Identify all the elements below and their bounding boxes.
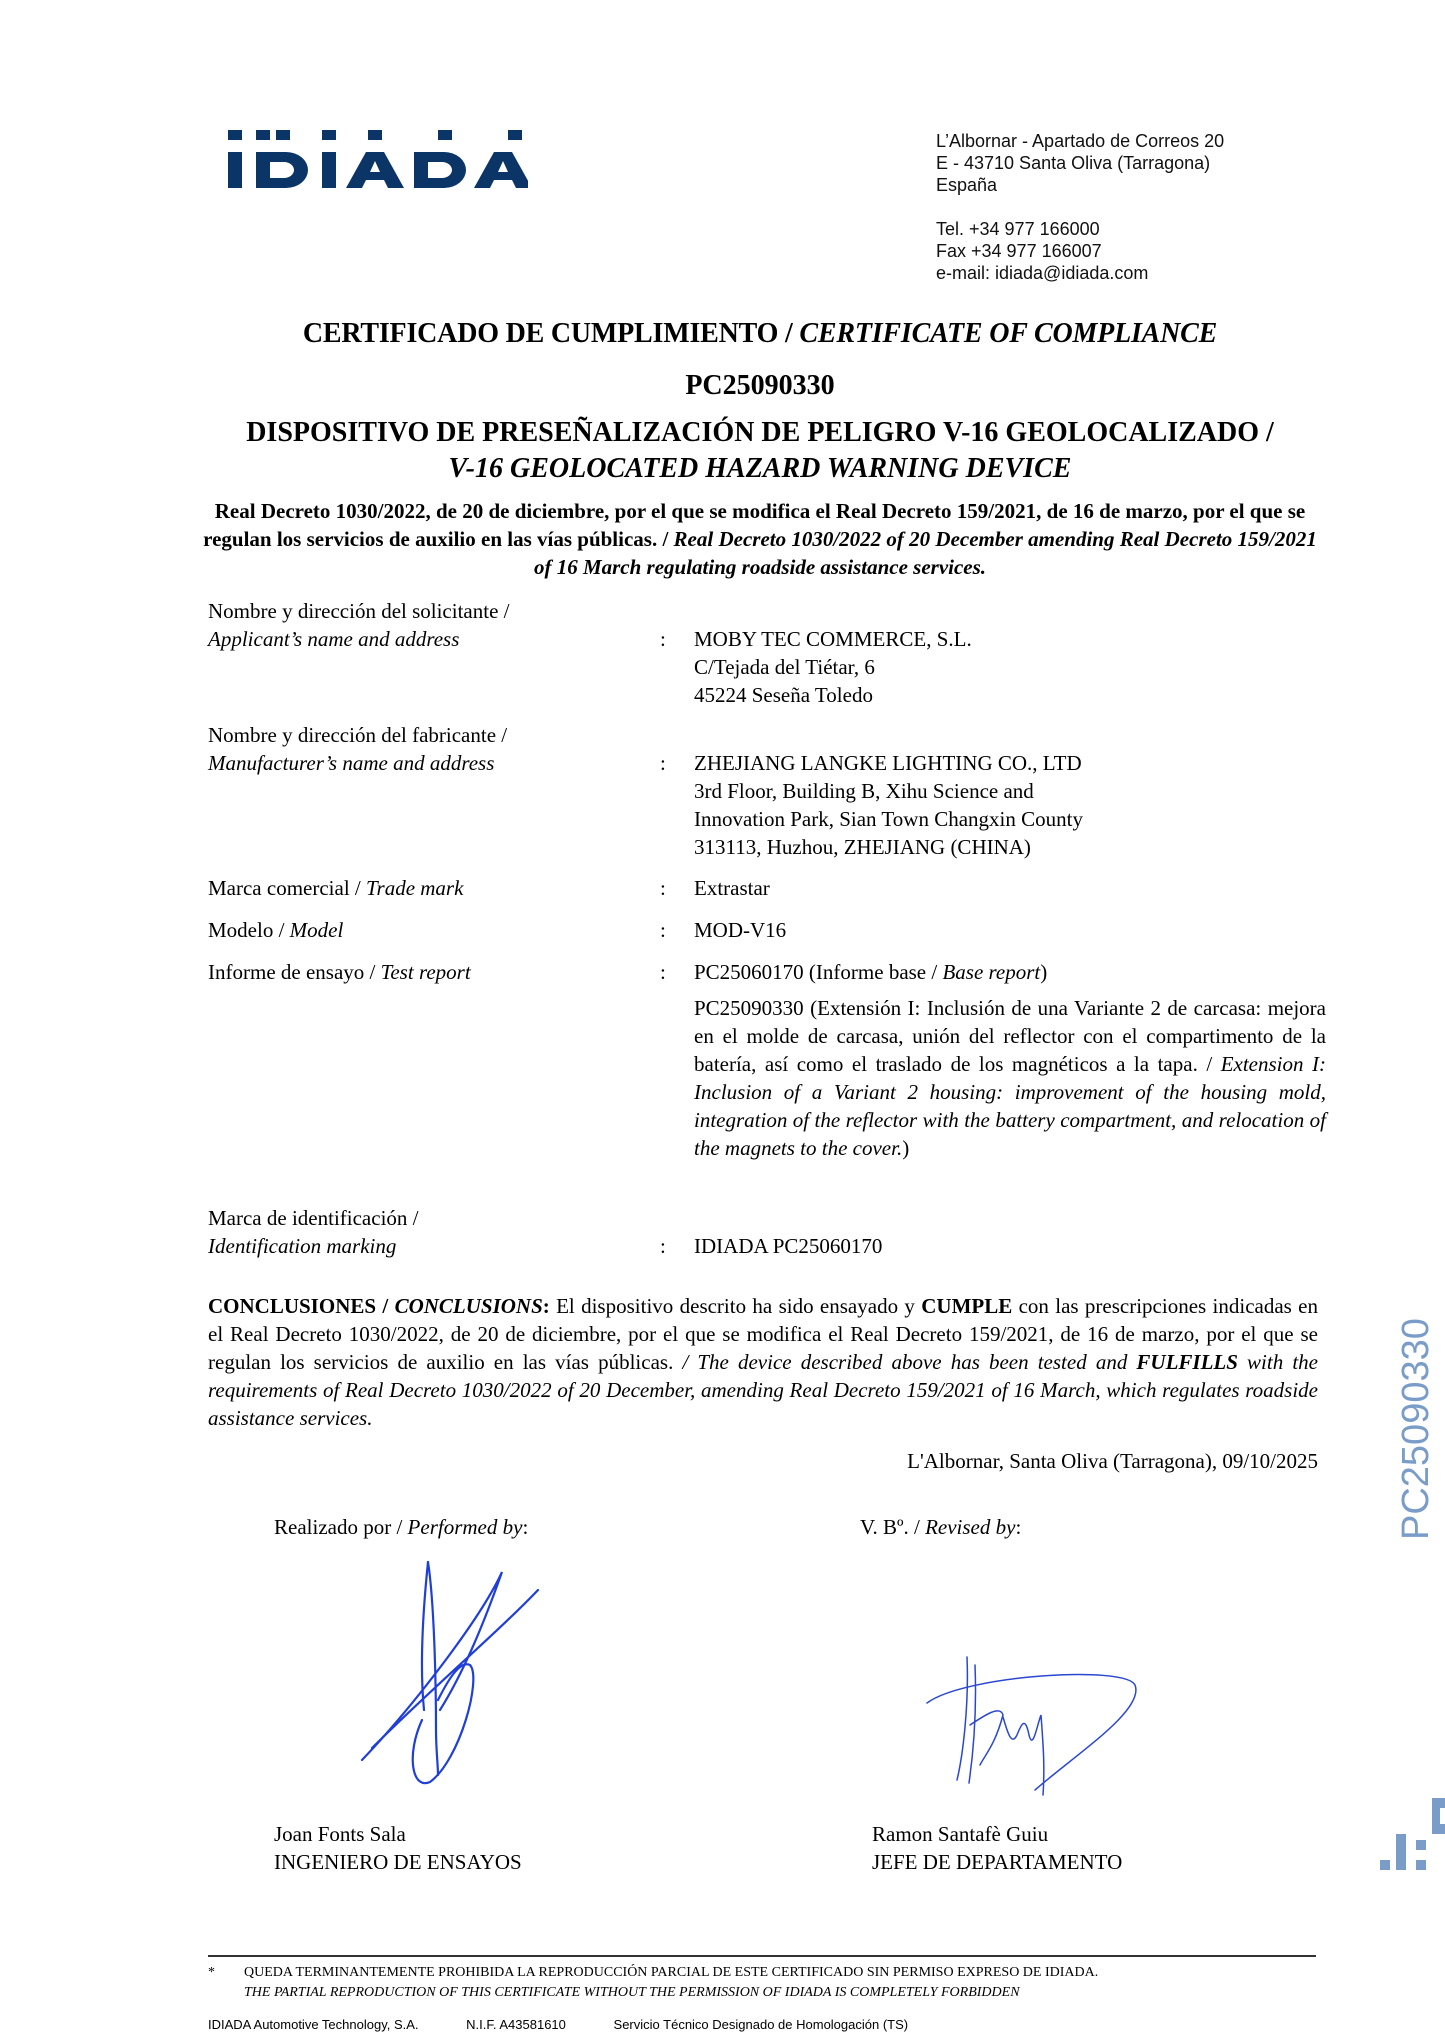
technical-service: Servicio Técnico Designado de Homologaci…	[614, 2017, 909, 2032]
manufacturer-field: Nombre y dirección del fabricante / Manu…	[208, 721, 1318, 861]
cumple-verdict: CUMPLE	[921, 1294, 1012, 1318]
model-value: MOD-V16	[694, 916, 1326, 944]
signatory-role: INGENIERO DE ENSAYOS	[274, 1848, 522, 1876]
applicant-field: Nombre y dirección del solicitante / App…	[208, 597, 1318, 707]
signature-joan-fonts	[360, 1560, 580, 1790]
identification-value: IDIADA PC25060170	[694, 1232, 1326, 1260]
manufacturer-value: ZHEJIANG LANGKE LIGHTING CO., LTD 3rd Fl…	[694, 749, 1326, 861]
address-line: E - 43710 Santa Oliva (Tarragona)	[936, 152, 1224, 174]
applicant-value: MOBY TEC COMMERCE, S.L. C/Tejada del Tié…	[694, 625, 1326, 709]
device-title: DISPOSITIVO DE PRESEÑALIZACIÓN DE PELIGR…	[200, 415, 1320, 487]
revised-by-heading: V. Bº. / Revised by:	[860, 1515, 1021, 1540]
revised-by-signatory: Ramon Santafè Guiu JEFE DE DEPARTAMENTO	[872, 1820, 1122, 1876]
certificate-number: PC25090330	[200, 370, 1320, 402]
extension-report: PC25090330 (Extensión I: Inclusión de un…	[694, 994, 1326, 1162]
company-nif: N.I.F. A43581610	[466, 2017, 566, 2032]
model-field: Modelo / Model : MOD-V16	[208, 916, 1318, 944]
idiada-logo-icon	[228, 130, 528, 190]
company-footer: IDIADA Automotive Technology, S.A. N.I.F…	[208, 2017, 952, 2032]
test-report-value: PC25060170 (Informe base / Base report) …	[694, 958, 1326, 1162]
conclusions: CONCLUSIONES / CONCLUSIONS: El dispositi…	[208, 1292, 1318, 1432]
company-name: IDIADA Automotive Technology, S.A.	[208, 2017, 419, 2032]
place-date: L'Albornar, Santa Oliva (Tarragona), 09/…	[208, 1449, 1318, 1474]
fax: Fax +34 977 166007	[936, 240, 1224, 262]
performed-by-signatory: Joan Fonts Sala INGENIERO DE ENSAYOS	[274, 1820, 522, 1876]
idiada-logo	[228, 130, 528, 190]
footer-divider	[208, 1955, 1316, 1957]
signatory-name: Ramon Santafè Guiu	[872, 1820, 1122, 1848]
regulation-reference: Real Decreto 1030/2022, de 20 de diciemb…	[200, 497, 1320, 581]
fulfills-verdict: FULFILLS	[1136, 1350, 1238, 1374]
watermark-logo-icon	[1380, 1798, 1445, 1870]
address-line: L’Albornar - Apartado de Correos 20	[936, 130, 1224, 152]
reproduction-notice: * QUEDA TERMINANTEMENTE PROHIBIDA LA REP…	[208, 1963, 1316, 2003]
base-report: PC25060170 (Informe base / Base report)	[694, 958, 1326, 986]
signature-ramon-santafe	[925, 1655, 1165, 1805]
signatory-role: JEFE DE DEPARTAMENTO	[872, 1848, 1122, 1876]
signatory-name: Joan Fonts Sala	[274, 1820, 522, 1848]
address-line: España	[936, 174, 1224, 196]
performed-by-heading: Realizado por / Performed by:	[274, 1515, 528, 1540]
handwritten-signature-icon	[360, 1560, 580, 1790]
trademark-field: Marca comercial / Trade mark : Extrastar	[208, 874, 1318, 902]
watermark-number: PC25090330	[1395, 1318, 1437, 1540]
phone: Tel. +34 977 166000	[936, 218, 1224, 240]
handwritten-signature-icon	[925, 1655, 1165, 1805]
side-watermark: PC25090330	[1360, 1280, 1445, 1880]
company-address: L’Albornar - Apartado de Correos 20 E - …	[936, 130, 1224, 284]
certificate-title: CERTIFICADO DE CUMPLIMIENTO / CERTIFICAT…	[200, 318, 1320, 350]
identification-field: Marca de identificación / Identification…	[208, 1204, 1318, 1264]
trademark-value: Extrastar	[694, 874, 1326, 902]
test-report-field: Informe de ensayo / Test report : PC2506…	[208, 958, 1318, 1188]
email-link[interactable]: e-mail: idiada@idiada.com	[936, 262, 1224, 284]
vertical-watermark-icon: PC25090330	[1360, 1280, 1445, 1880]
